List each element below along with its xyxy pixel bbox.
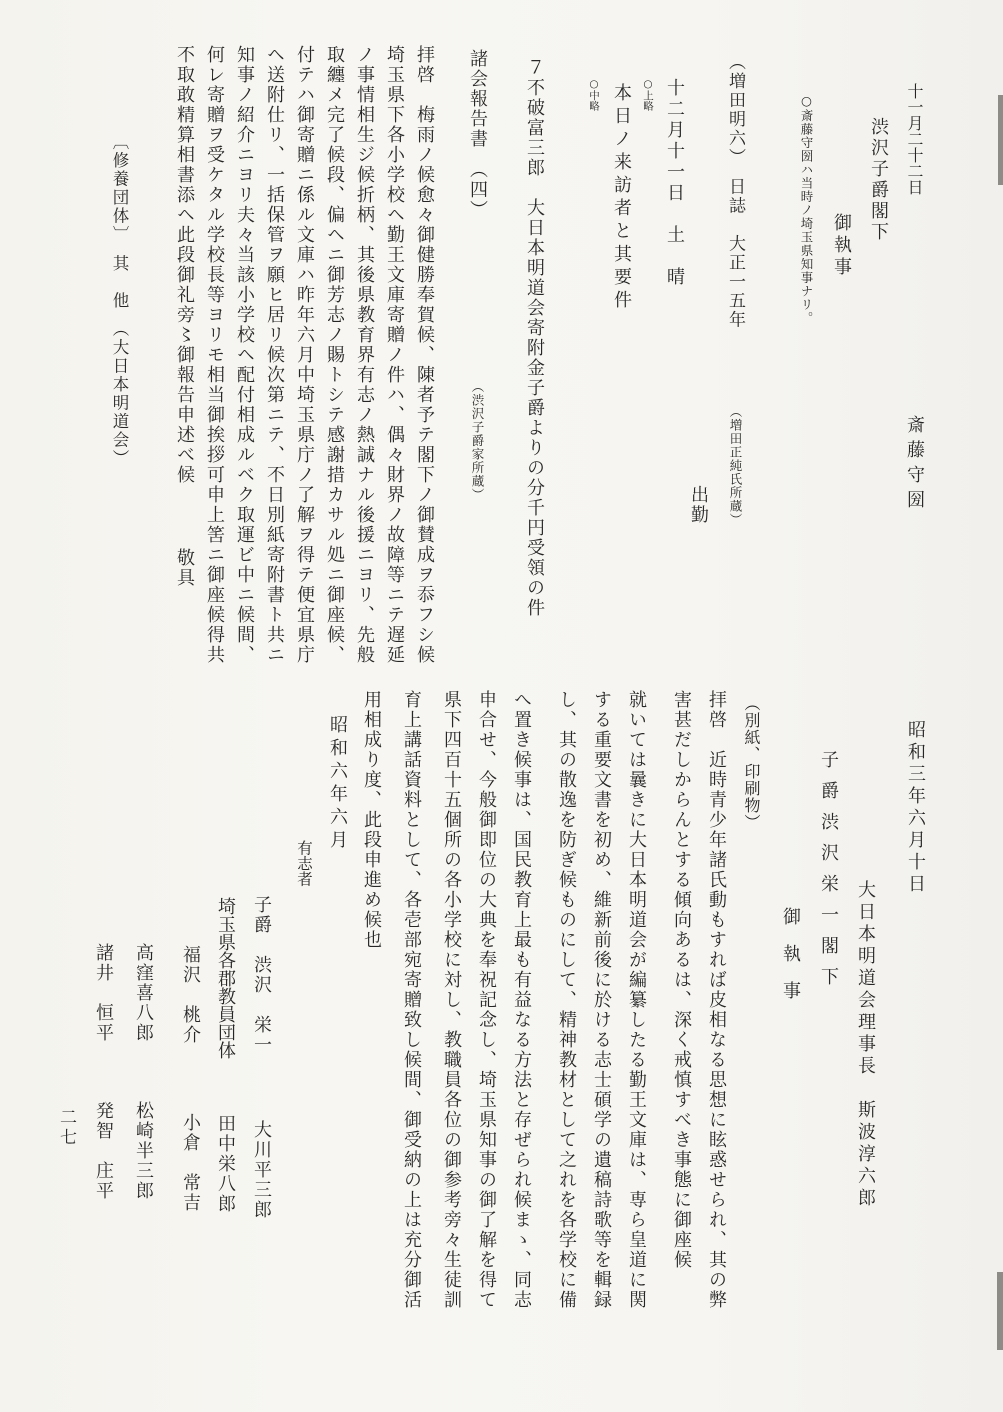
letter2-steward-column: 御執事 bbox=[771, 690, 809, 1315]
signer-column: 子爵 渋沢 栄一 大川平三郎 bbox=[243, 690, 280, 1315]
omission-middle-note: ○中略 bbox=[581, 45, 607, 645]
report-closing: 敬具 bbox=[169, 548, 199, 588]
letter1-recipient-column: 渋沢子爵閣下 bbox=[859, 45, 897, 645]
letter2-body-line: する重要文書を初め、維新前後に於ける志士碩学の遺稿詩歌等を輯録 bbox=[584, 690, 619, 1315]
letter1-signature: 斎藤守圀 bbox=[897, 415, 931, 515]
editor-note-column: ○斎藤守圀ハ当時ノ埼玉県知事ナリ。 bbox=[789, 45, 823, 645]
scan-edge-artifact bbox=[998, 95, 1003, 185]
omission-top-note: ○上略 bbox=[635, 45, 661, 645]
signers-label-column: 有志者 bbox=[287, 690, 320, 1315]
report-body-closing-column: 不取敢精算相書添ヘ此段御礼旁〻御報告申述べ候 敬具 bbox=[169, 45, 199, 645]
letter1-date-signature-column: 十一月二十二日 斎藤守圀 bbox=[897, 45, 931, 645]
letter2-body-line: 申合せ、今般御即位の大典を奉祝記念し、埼玉県知事の御了解を得て bbox=[469, 690, 504, 1315]
report-title-column: 諸会報告書 （四） （渋沢子爵家所蔵） bbox=[462, 45, 492, 645]
signer-name: 高窪喜八郎 bbox=[123, 943, 163, 1043]
report-body-line: 埼玉県下各小学校ヘ勤王文庫寄贈ノ件ハ、偶々財界ノ故障等ニテ遅延 bbox=[379, 45, 409, 645]
bottom-half-text-block: 昭和三年六月十日 大日本明道会理事長 斯波淳六郎 子爵渋沢栄一閣下 御執事 （別… bbox=[83, 690, 933, 1315]
report-body-line: 拝啓 梅雨ノ候愈々御健勝奉賀候、陳者予テ閣下ノ御賛成ヲ忝フシ候 bbox=[409, 45, 439, 645]
letter2-body-line: 害甚だしからんとする傾向あるは、深く戒慎すべき事態に御座候 bbox=[664, 690, 699, 1315]
letter2-sender-column: 大日本明道会理事長 斯波淳六郎 bbox=[847, 690, 883, 1315]
diary-source-column: （増田明六） 日誌 大正一五年 （増田正純氏所蔵） bbox=[717, 45, 753, 645]
letter1-date: 十一月二十二日 bbox=[897, 83, 931, 195]
attachment-label-column: （別紙、印刷物） bbox=[734, 690, 769, 1315]
page-number: 二七 bbox=[54, 1108, 79, 1148]
report-body-line: 付テハ御寄贈ニ係ル文庫ハ昨年六月中埼玉県庁ノ了解ヲ得テ便宜県庁 bbox=[289, 45, 319, 645]
report-body-line: 不取敢精算相書添ヘ此段御礼旁〻御報告申述べ候 bbox=[169, 45, 199, 485]
letter2-body-line: 県下四百十五個所の各小学校に対し、教職員各位の御参考旁々生徒訓 bbox=[434, 690, 469, 1315]
report-owner: （渋沢子爵家所蔵） bbox=[462, 380, 492, 502]
report-body-line: ノ事情相生ジ候折柄、其後県教育界有志ノ熱誠ナル後援ニヨリ、先般 bbox=[349, 45, 379, 645]
signer-column: 福沢 桃介 小倉 常吉 bbox=[173, 690, 208, 1315]
scanned-document-page: { "page": { "background": "#f6f5f1", "in… bbox=[0, 0, 1003, 1412]
attachment-date-column: 昭和六年六月 bbox=[320, 690, 354, 1315]
letter2-body-line: 育上講話資料として、各壱部宛寄贈致し候間、御受納の上は充分御活 bbox=[394, 690, 429, 1315]
letter1-steward-column: 御執事 bbox=[823, 45, 859, 645]
signer-column: 埼玉県各郡教員団体 田中栄八郎 bbox=[208, 690, 243, 1315]
diary-attendance-column: 出勤 bbox=[687, 45, 709, 645]
scan-edge-artifact bbox=[997, 1272, 1003, 1350]
report-body-line: 取纏メ完了候段、偏ヘニ御芳志ノ賜トシテ感謝措カサル処ニ御座候、 bbox=[319, 45, 349, 645]
diary-visitors-heading-column: 本日ノ来訪者と其要件 bbox=[607, 45, 635, 645]
report-body-line: ヘ送附仕リ、一括保管ヲ願ヒ居リ候次第ニテ、不日別紙寄附書ト共ニ bbox=[259, 45, 289, 645]
signer-name: 田中栄八郎 bbox=[208, 1114, 243, 1214]
report-body-line: 何レ寄贈ヲ受ケタル学校長等ヨリモ相当御挨拶可申上筈ニ御座候得共 bbox=[199, 45, 229, 645]
letter2-date-column: 昭和三年六月十日 bbox=[897, 690, 933, 1315]
signer-name: 大川平三郎 bbox=[243, 1120, 280, 1220]
diary-date-column: 十二月十一日 土 晴 bbox=[661, 45, 687, 645]
letter2-body-line: 拝啓 近時青少年諸氏動もすれば皮相なる思想に眩惑せられ、其の弊 bbox=[699, 690, 734, 1315]
report-title: 諸会報告書 （四） bbox=[462, 49, 492, 220]
signer-name: 松崎半三郎 bbox=[123, 1101, 163, 1201]
letter2-body-line: し、其の散逸を防ぎ候ものにして、精神教材として之れを各学校に備 bbox=[549, 690, 584, 1315]
report-body-line: 知事ノ紹介ニヨリ夫々当該小学校ヘ配付相成ルベク取運ビ中ニ候間、 bbox=[229, 45, 259, 645]
letter2-recipient-column: 子爵渋沢栄一閣下 bbox=[809, 690, 847, 1315]
diary-source-title: （増田明六） 日誌 大正一五年 bbox=[717, 53, 753, 330]
signer-name: 子爵 渋沢 栄一 bbox=[243, 895, 280, 1055]
signer-name: 埼玉県各郡教員団体 bbox=[208, 897, 243, 1059]
diary-item-column: ７不破富三郎 大日本明道会寄附金子爵よりの分千円受領の件 bbox=[519, 45, 549, 645]
letter2-body-line: へ置き候事は、国民教育上最も有益なる方法と存ぜられ候まゝ、同志 bbox=[504, 690, 539, 1315]
section-label-column: 〔修養団体〕 其 他 （大日本明道会） bbox=[104, 45, 134, 645]
diary-source-owner: （増田正純氏所蔵） bbox=[717, 405, 753, 527]
signer-name: 福沢 桃介 bbox=[173, 945, 208, 1045]
letter2-body-line: 用相成り度、此段申進め候也 bbox=[354, 690, 389, 1315]
signer-name: 小倉 常吉 bbox=[173, 1113, 208, 1213]
signer-name: 発智 庄平 bbox=[83, 1101, 123, 1201]
signer-column: 諸井 恒平 発智 庄平 bbox=[83, 690, 123, 1315]
letter2-body-line: 就いては曩きに大日本明道会が編纂したる勤王文庫は、専ら皇道に関 bbox=[619, 690, 654, 1315]
top-half-text-block: 十一月二十二日 斎藤守圀 渋沢子爵閣下 御執事 ○斎藤守圀ハ当時ノ埼玉県知事ナリ… bbox=[104, 45, 931, 645]
signer-name: 諸井 恒平 bbox=[83, 943, 123, 1043]
signer-column: 高窪喜八郎 松崎半三郎 bbox=[123, 690, 163, 1315]
